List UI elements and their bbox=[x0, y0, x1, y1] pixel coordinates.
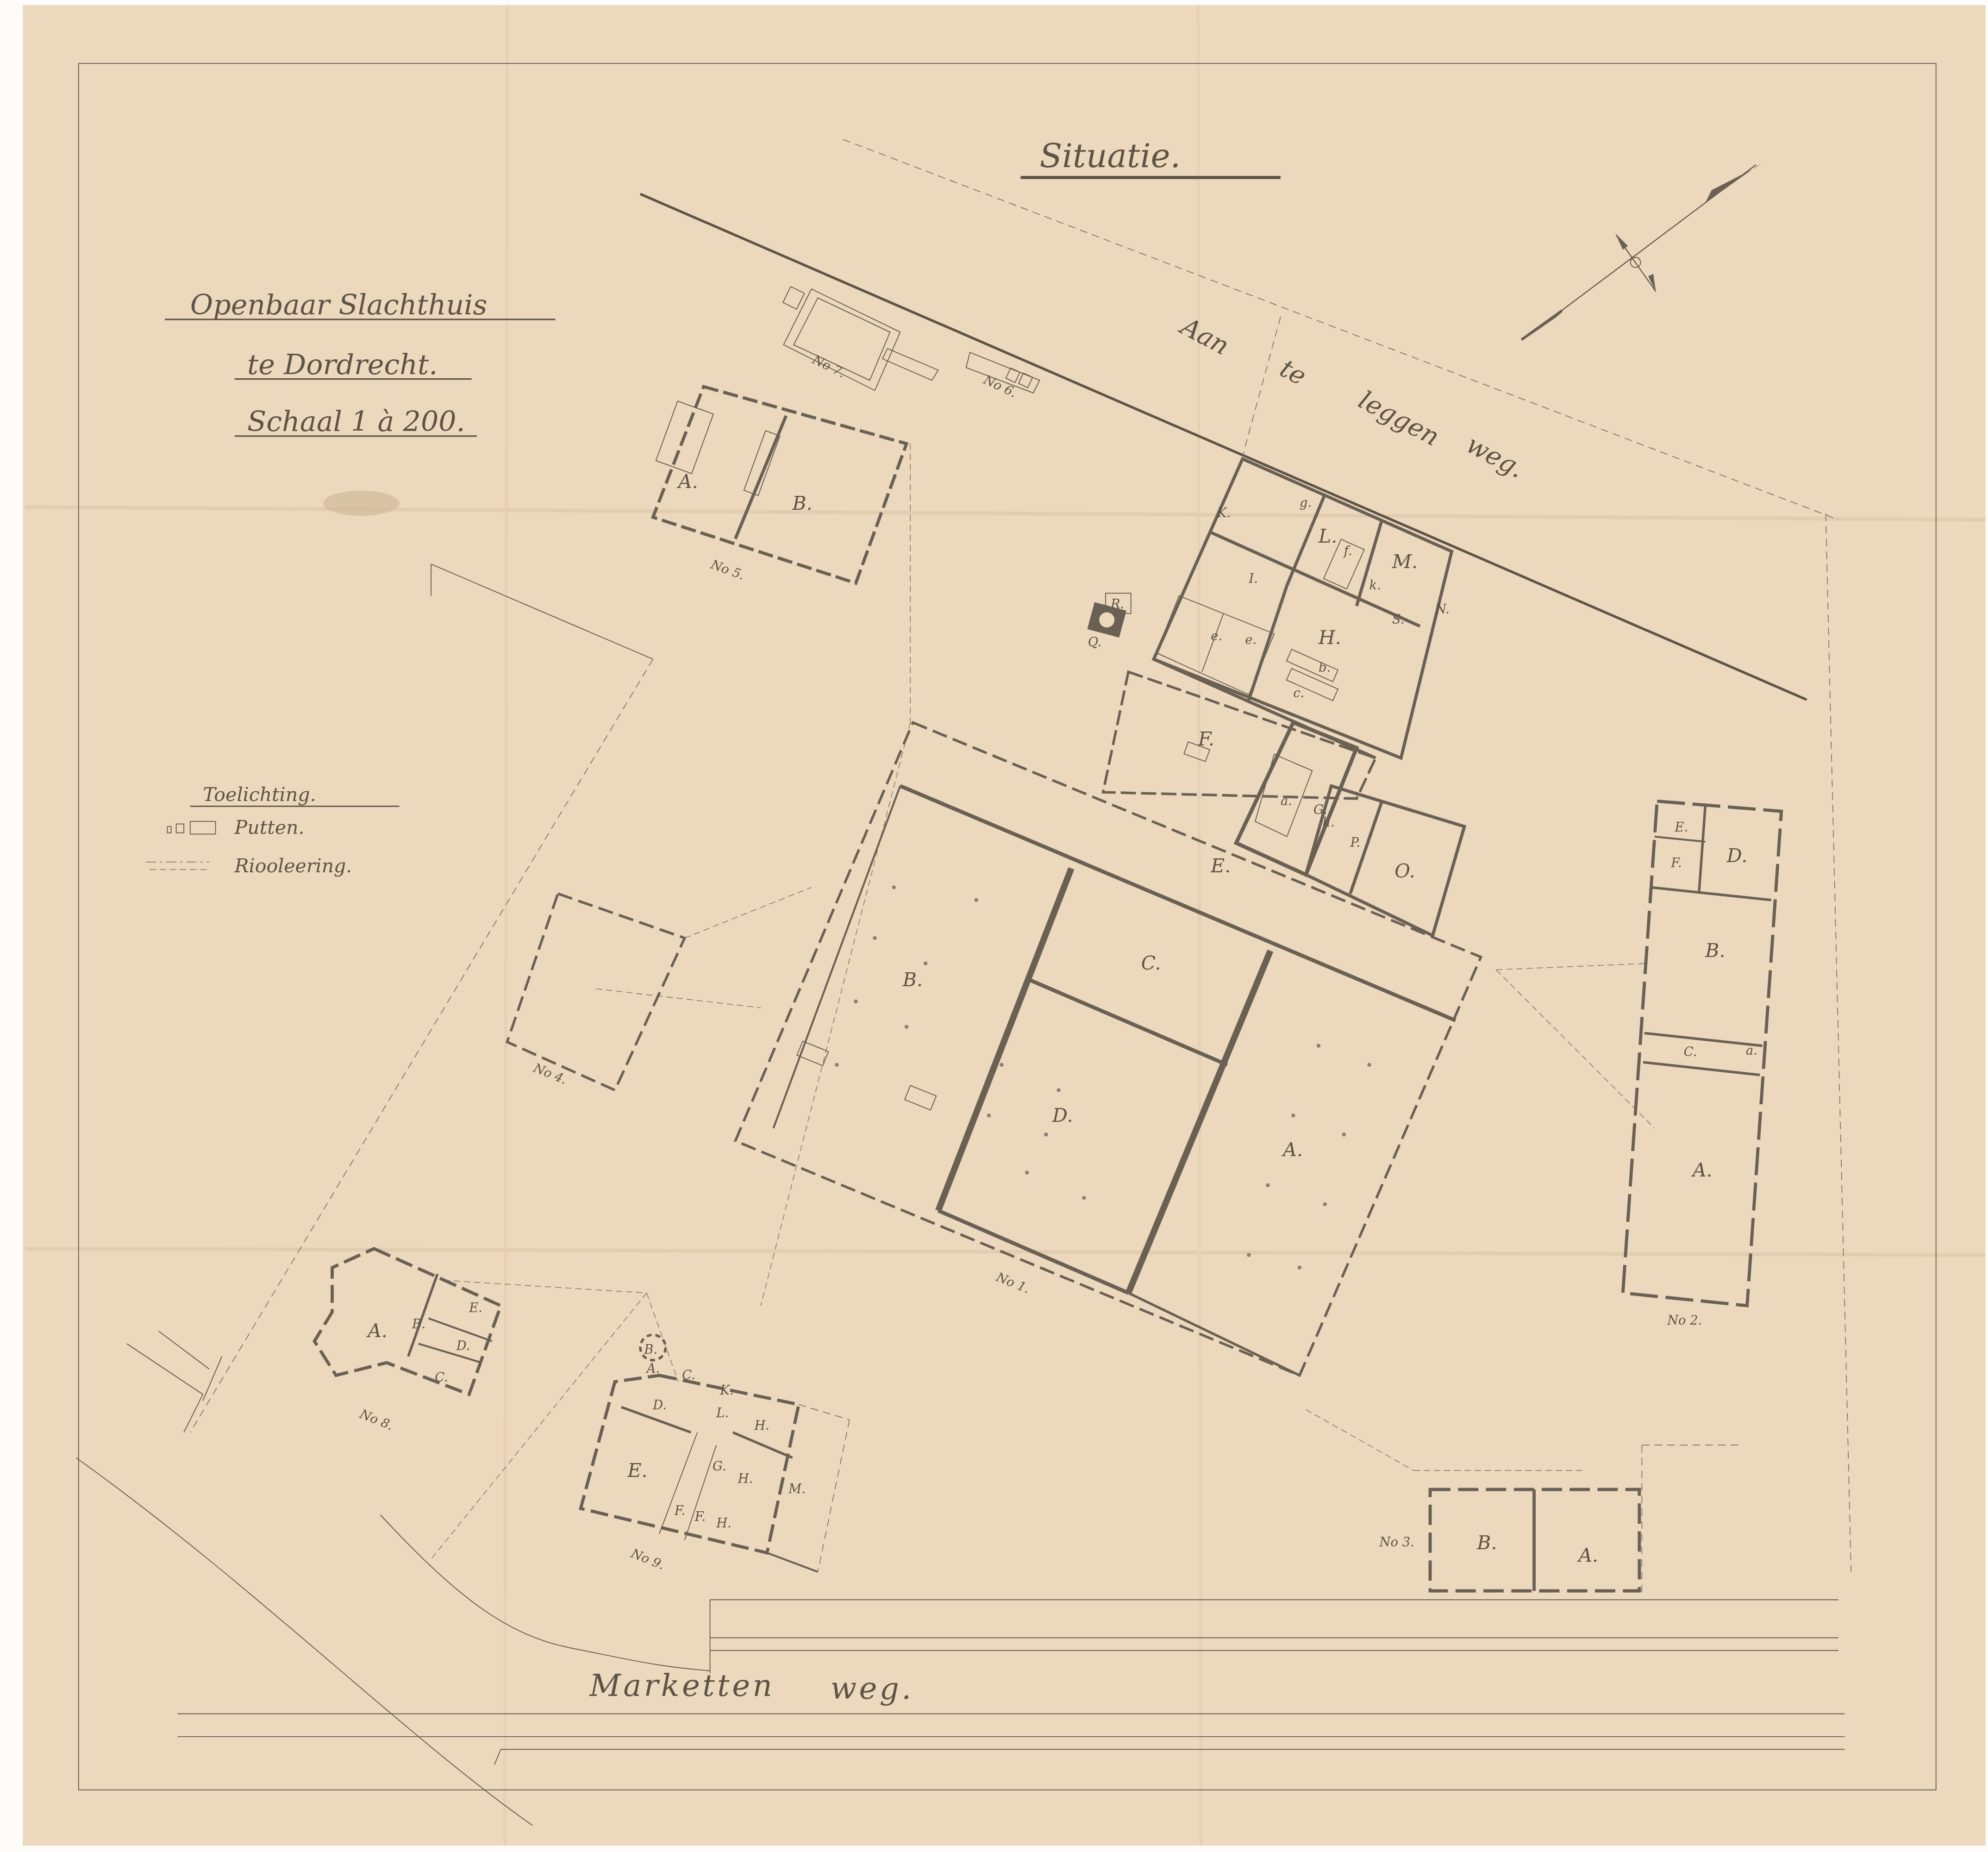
b1-room-I: I. bbox=[1248, 572, 1258, 586]
b9-room-H3: H. bbox=[716, 1516, 731, 1531]
b1-room-M: M. bbox=[1392, 551, 1418, 573]
b1-fixture-e1: e. bbox=[1211, 629, 1222, 644]
b2-fixture-a: a. bbox=[1746, 1044, 1757, 1058]
b1-fixture-c: c. bbox=[1293, 686, 1304, 701]
situatie-heading: Situatie. bbox=[1040, 137, 1181, 175]
b2-room-C: C. bbox=[1684, 1045, 1697, 1059]
b9-room-L: L. bbox=[716, 1406, 729, 1420]
b1-fixture-h: h. bbox=[1322, 815, 1334, 830]
b1-room-A: A. bbox=[1281, 1139, 1303, 1161]
b9-room-D: D. bbox=[652, 1398, 667, 1413]
b9-room-E: E. bbox=[627, 1459, 648, 1482]
b1-fixture-a: a. bbox=[1281, 794, 1292, 808]
legend-title: Toelichting. bbox=[203, 783, 316, 806]
road-label-marketten: Marketten bbox=[589, 1668, 775, 1703]
b9-room-G: G. bbox=[713, 1459, 726, 1474]
site-plan-sheet: Openbaar Slachthuis te Dordrecht. Schaal… bbox=[0, 0, 1988, 1852]
b1-room-K: K. bbox=[1217, 506, 1231, 520]
b8-room-A: A. bbox=[366, 1320, 388, 1342]
well-label-R: R. bbox=[1110, 597, 1124, 612]
b8-room-D: D. bbox=[456, 1339, 470, 1353]
b9-room-C: C. bbox=[682, 1368, 695, 1383]
b2-room-F: F. bbox=[1670, 856, 1682, 870]
scanned-drawing-stage: Openbaar Slachthuis te Dordrecht. Schaal… bbox=[0, 0, 1988, 1852]
b8-room-C: C. bbox=[435, 1370, 448, 1385]
b8-room-B: B. bbox=[412, 1317, 425, 1332]
b2-room-E: E. bbox=[1675, 820, 1688, 835]
legend-label-putten: Putten. bbox=[234, 817, 305, 839]
b2-room-A: A. bbox=[1691, 1159, 1713, 1181]
b2-room-B: B. bbox=[1705, 939, 1725, 962]
b1-room-S: S. bbox=[1392, 613, 1404, 627]
b1-room-H: H. bbox=[1318, 626, 1341, 649]
b1-room-B: B. bbox=[902, 969, 923, 991]
b1-room-G: G. bbox=[1313, 803, 1327, 817]
b1-room-D: D. bbox=[1052, 1104, 1073, 1126]
b1-fixture-b: b. bbox=[1319, 661, 1331, 675]
b5-room-A: A. bbox=[676, 470, 698, 493]
b8-room-E: E. bbox=[469, 1301, 482, 1315]
b1-room-E: E. bbox=[1210, 855, 1231, 877]
building-number-2: No 2. bbox=[1667, 1314, 1702, 1328]
b1-room-C: C. bbox=[1141, 952, 1161, 974]
b1-fixture-f: f. bbox=[1343, 544, 1352, 558]
stain bbox=[323, 491, 399, 516]
b9-room-B: B. bbox=[644, 1343, 657, 1357]
b1-fixture-g: g. bbox=[1300, 496, 1312, 510]
b1-room-P: P. bbox=[1350, 836, 1361, 850]
b9-room-F1: F. bbox=[674, 1504, 685, 1518]
b2-room-D: D. bbox=[1726, 845, 1748, 867]
b1-room-O: O. bbox=[1394, 860, 1415, 882]
b1-fixture-e2: e. bbox=[1245, 633, 1257, 647]
legend-label-riooleering: Riooleering. bbox=[234, 855, 352, 877]
b3-room-B: B. bbox=[1476, 1532, 1497, 1554]
b1-room-N: N. bbox=[1435, 602, 1450, 617]
b3-room-A: A. bbox=[1576, 1544, 1598, 1566]
building-number-3: No 3. bbox=[1379, 1535, 1414, 1550]
b9-room-H1: H. bbox=[754, 1419, 769, 1433]
b9-room-H2: H. bbox=[738, 1472, 753, 1486]
b9-room-A: A. bbox=[645, 1362, 660, 1376]
well-label-Q: Q. bbox=[1088, 635, 1102, 650]
road-label-weg-south: weg. bbox=[831, 1671, 914, 1706]
b9-room-K: K. bbox=[719, 1383, 733, 1398]
scale-text: Schaal 1 à 200. bbox=[247, 406, 465, 438]
title-line-2: te Dordrecht. bbox=[247, 349, 438, 381]
b1-room-F: F. bbox=[1198, 728, 1214, 750]
title-line-1: Openbaar Slachthuis bbox=[190, 289, 488, 321]
b9-room-F2: F. bbox=[694, 1510, 706, 1524]
b1-fixture-k: k. bbox=[1369, 578, 1381, 593]
paper-background bbox=[23, 5, 1985, 1846]
b1-room-L: L. bbox=[1318, 525, 1337, 547]
b9-room-M: M. bbox=[788, 1482, 806, 1496]
b5-room-B: B. bbox=[792, 492, 813, 514]
